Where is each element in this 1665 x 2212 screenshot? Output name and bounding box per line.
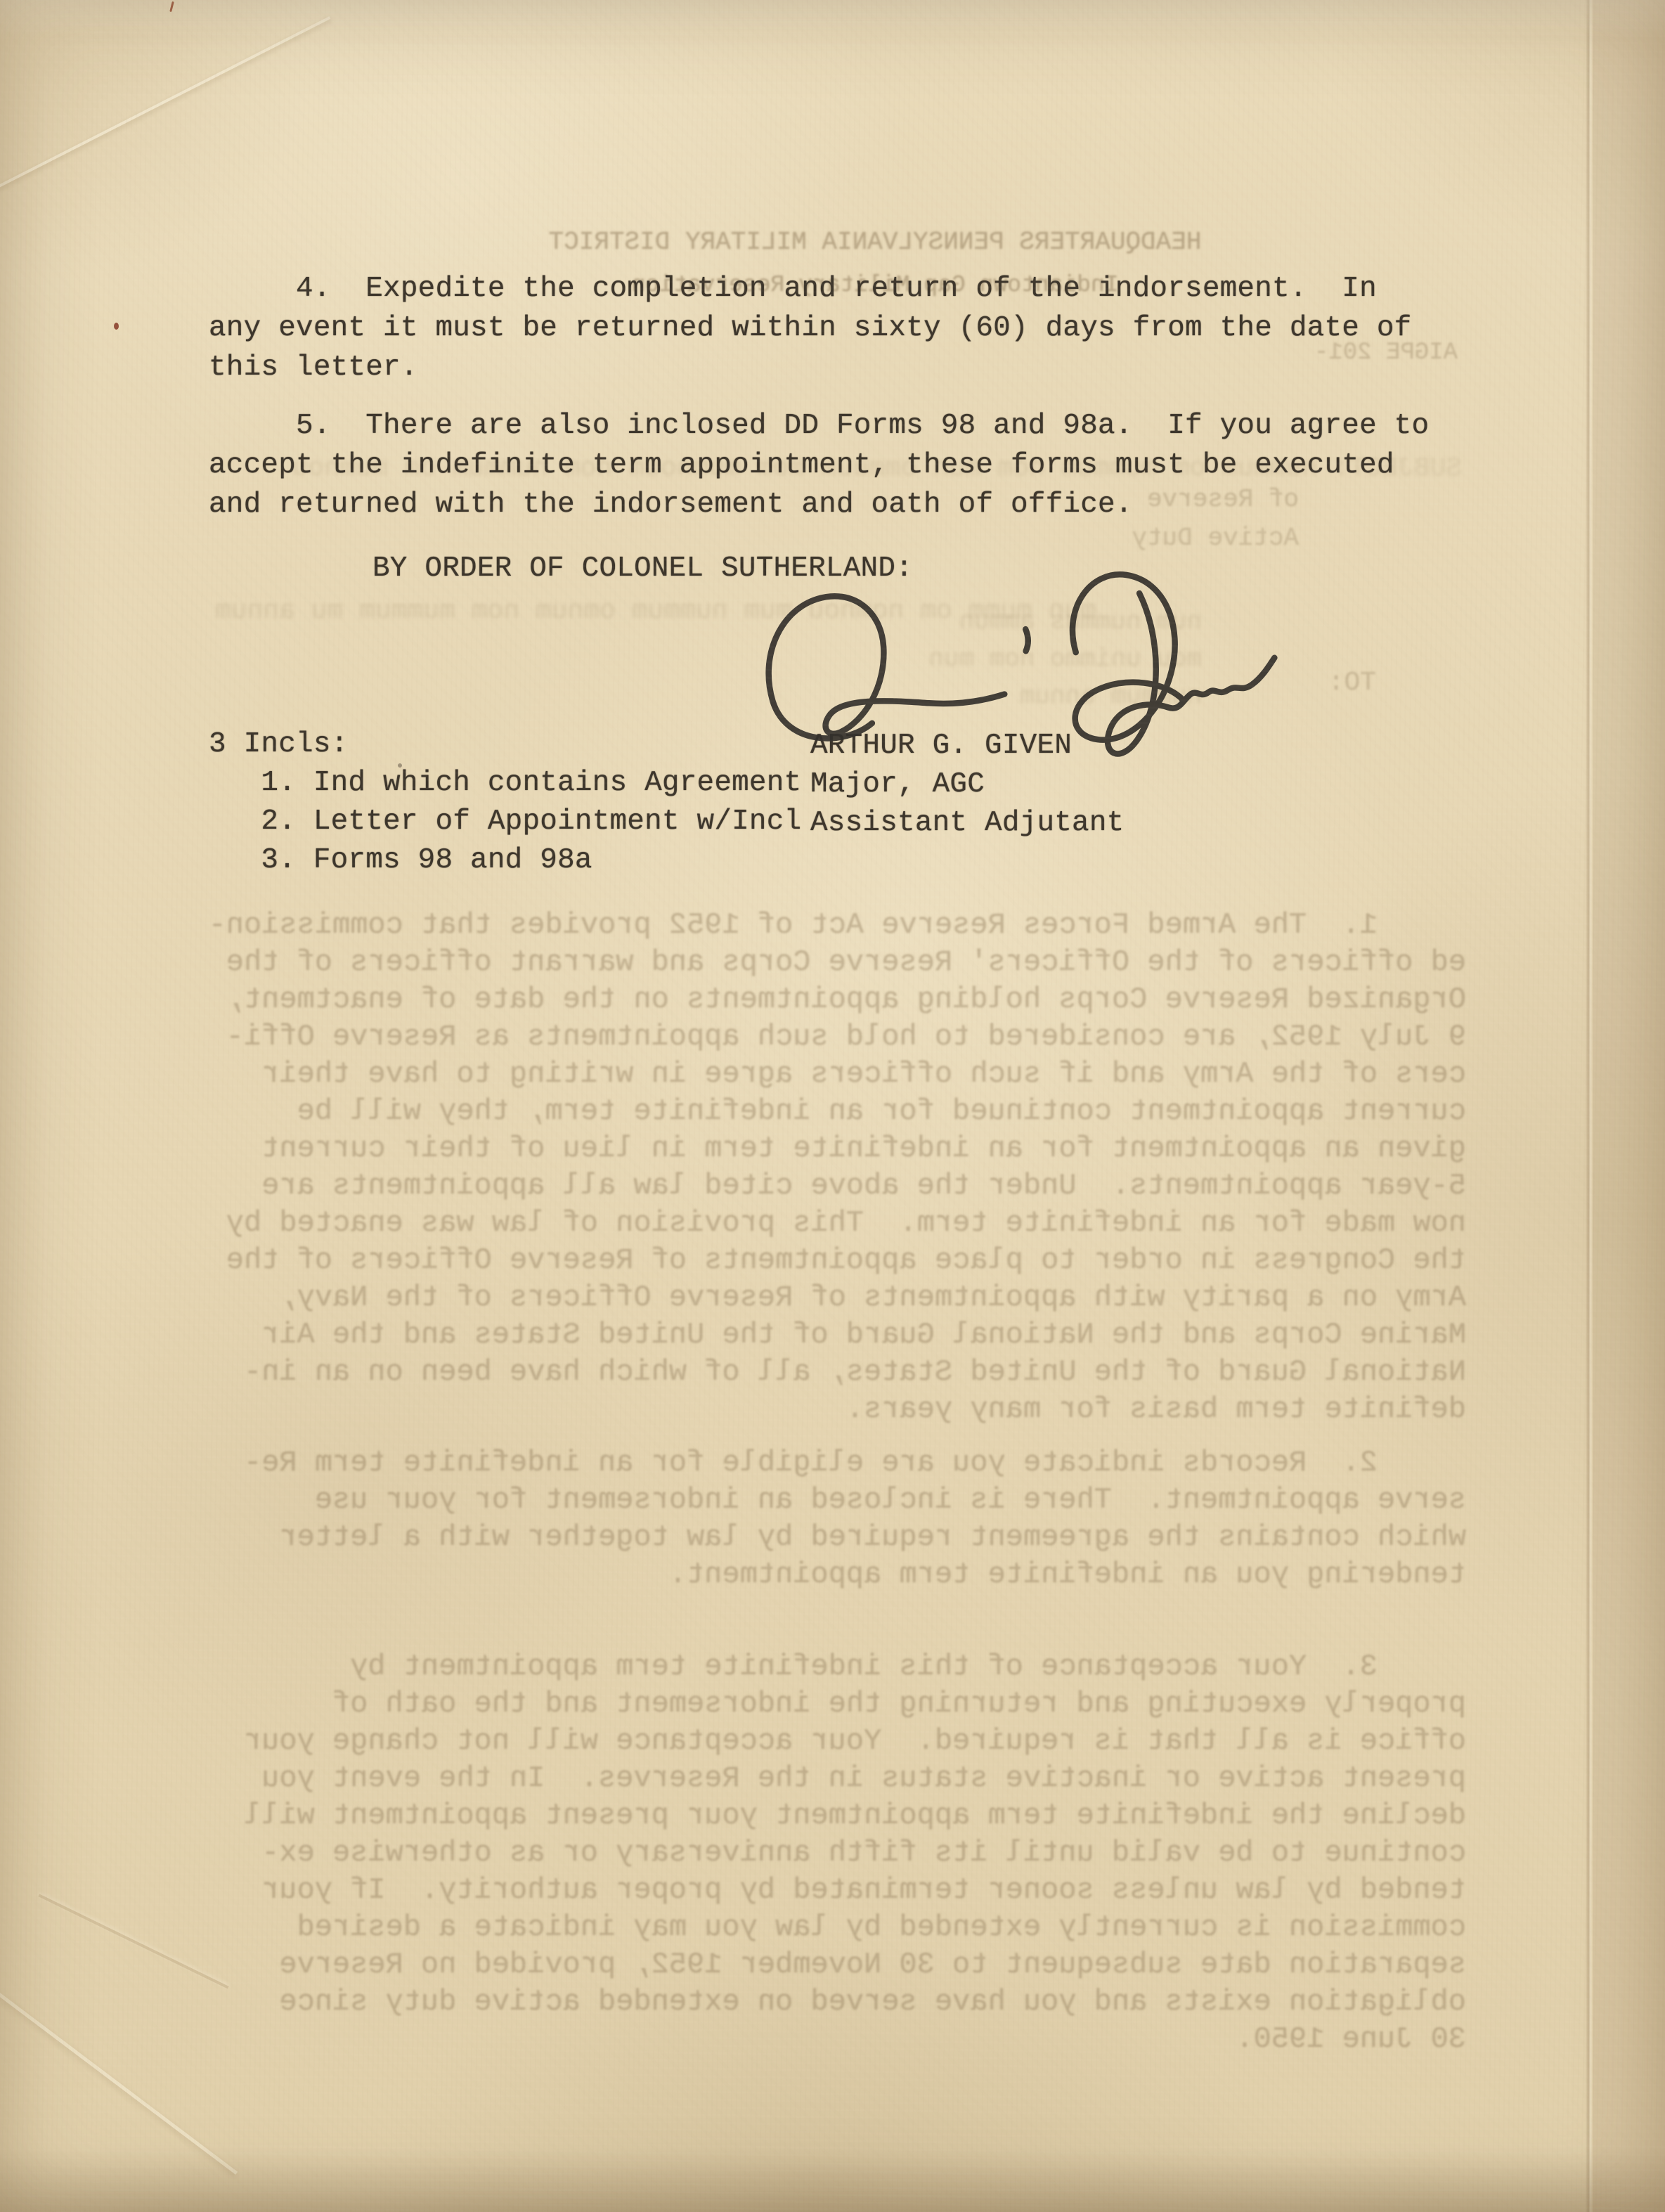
paper-crease-top-left (0, 16, 330, 198)
by-order-line: BY ORDER OF COLONEL SUTHERLAND: (372, 549, 913, 588)
paper-bottom-shade (0, 2147, 1665, 2212)
bleedthrough-address-smudge: num nummus ammunmou unimmo nom munnummum… (836, 603, 1202, 715)
bleedthrough-headquarters-line: HEADQUARTERS PENNSYLVANIA MILITARY DISTR… (492, 224, 1258, 261)
paper-crease-bottom-left (0, 1990, 238, 2175)
inclosures-block: 3 Incls: 1. Ind which contains Agreement… (209, 725, 841, 880)
bleedthrough-paragraph-3: 3. Your acceptance of this indefinite te… (208, 1648, 1466, 2058)
signer-title: Assistant Adjutant (810, 804, 1302, 843)
paragraph-5: 5. There are also inclosed DD Forms 98 a… (209, 406, 1474, 524)
paper-crease-right-edge (1586, 0, 1593, 2212)
bleedthrough-to-label: TO: (1313, 668, 1376, 698)
bleedthrough-paragraph-1: 1. The Armed Forces Reserve Act of 1952 … (208, 907, 1466, 1428)
paper-top-shade (0, 0, 1665, 39)
bleedthrough-paragraph-2: 2. Records indicate you are eligible for… (208, 1444, 1466, 1593)
paper-right-edge-shade (1593, 0, 1665, 2212)
signature-block: ARTHUR G. GIVEN Major, AGC Assistant Adj… (810, 727, 1302, 843)
paper-crease-bottom-left-fold (38, 1894, 228, 1988)
signer-name: ARTHUR G. GIVEN (810, 727, 1302, 765)
scanned-letter-page: HEADQUARTERS PENNSYLVANIA MILITARY DISTR… (0, 0, 1665, 2212)
paragraph-4: 4. Expedite the completion and return of… (209, 269, 1446, 387)
bleedthrough-subject-fragment-active-duty: Active Duty (1099, 524, 1299, 552)
signer-rank: Major, AGC (810, 765, 1302, 804)
paper-fiber-red-top (169, 1, 174, 12)
paper-speck-red (114, 323, 119, 330)
